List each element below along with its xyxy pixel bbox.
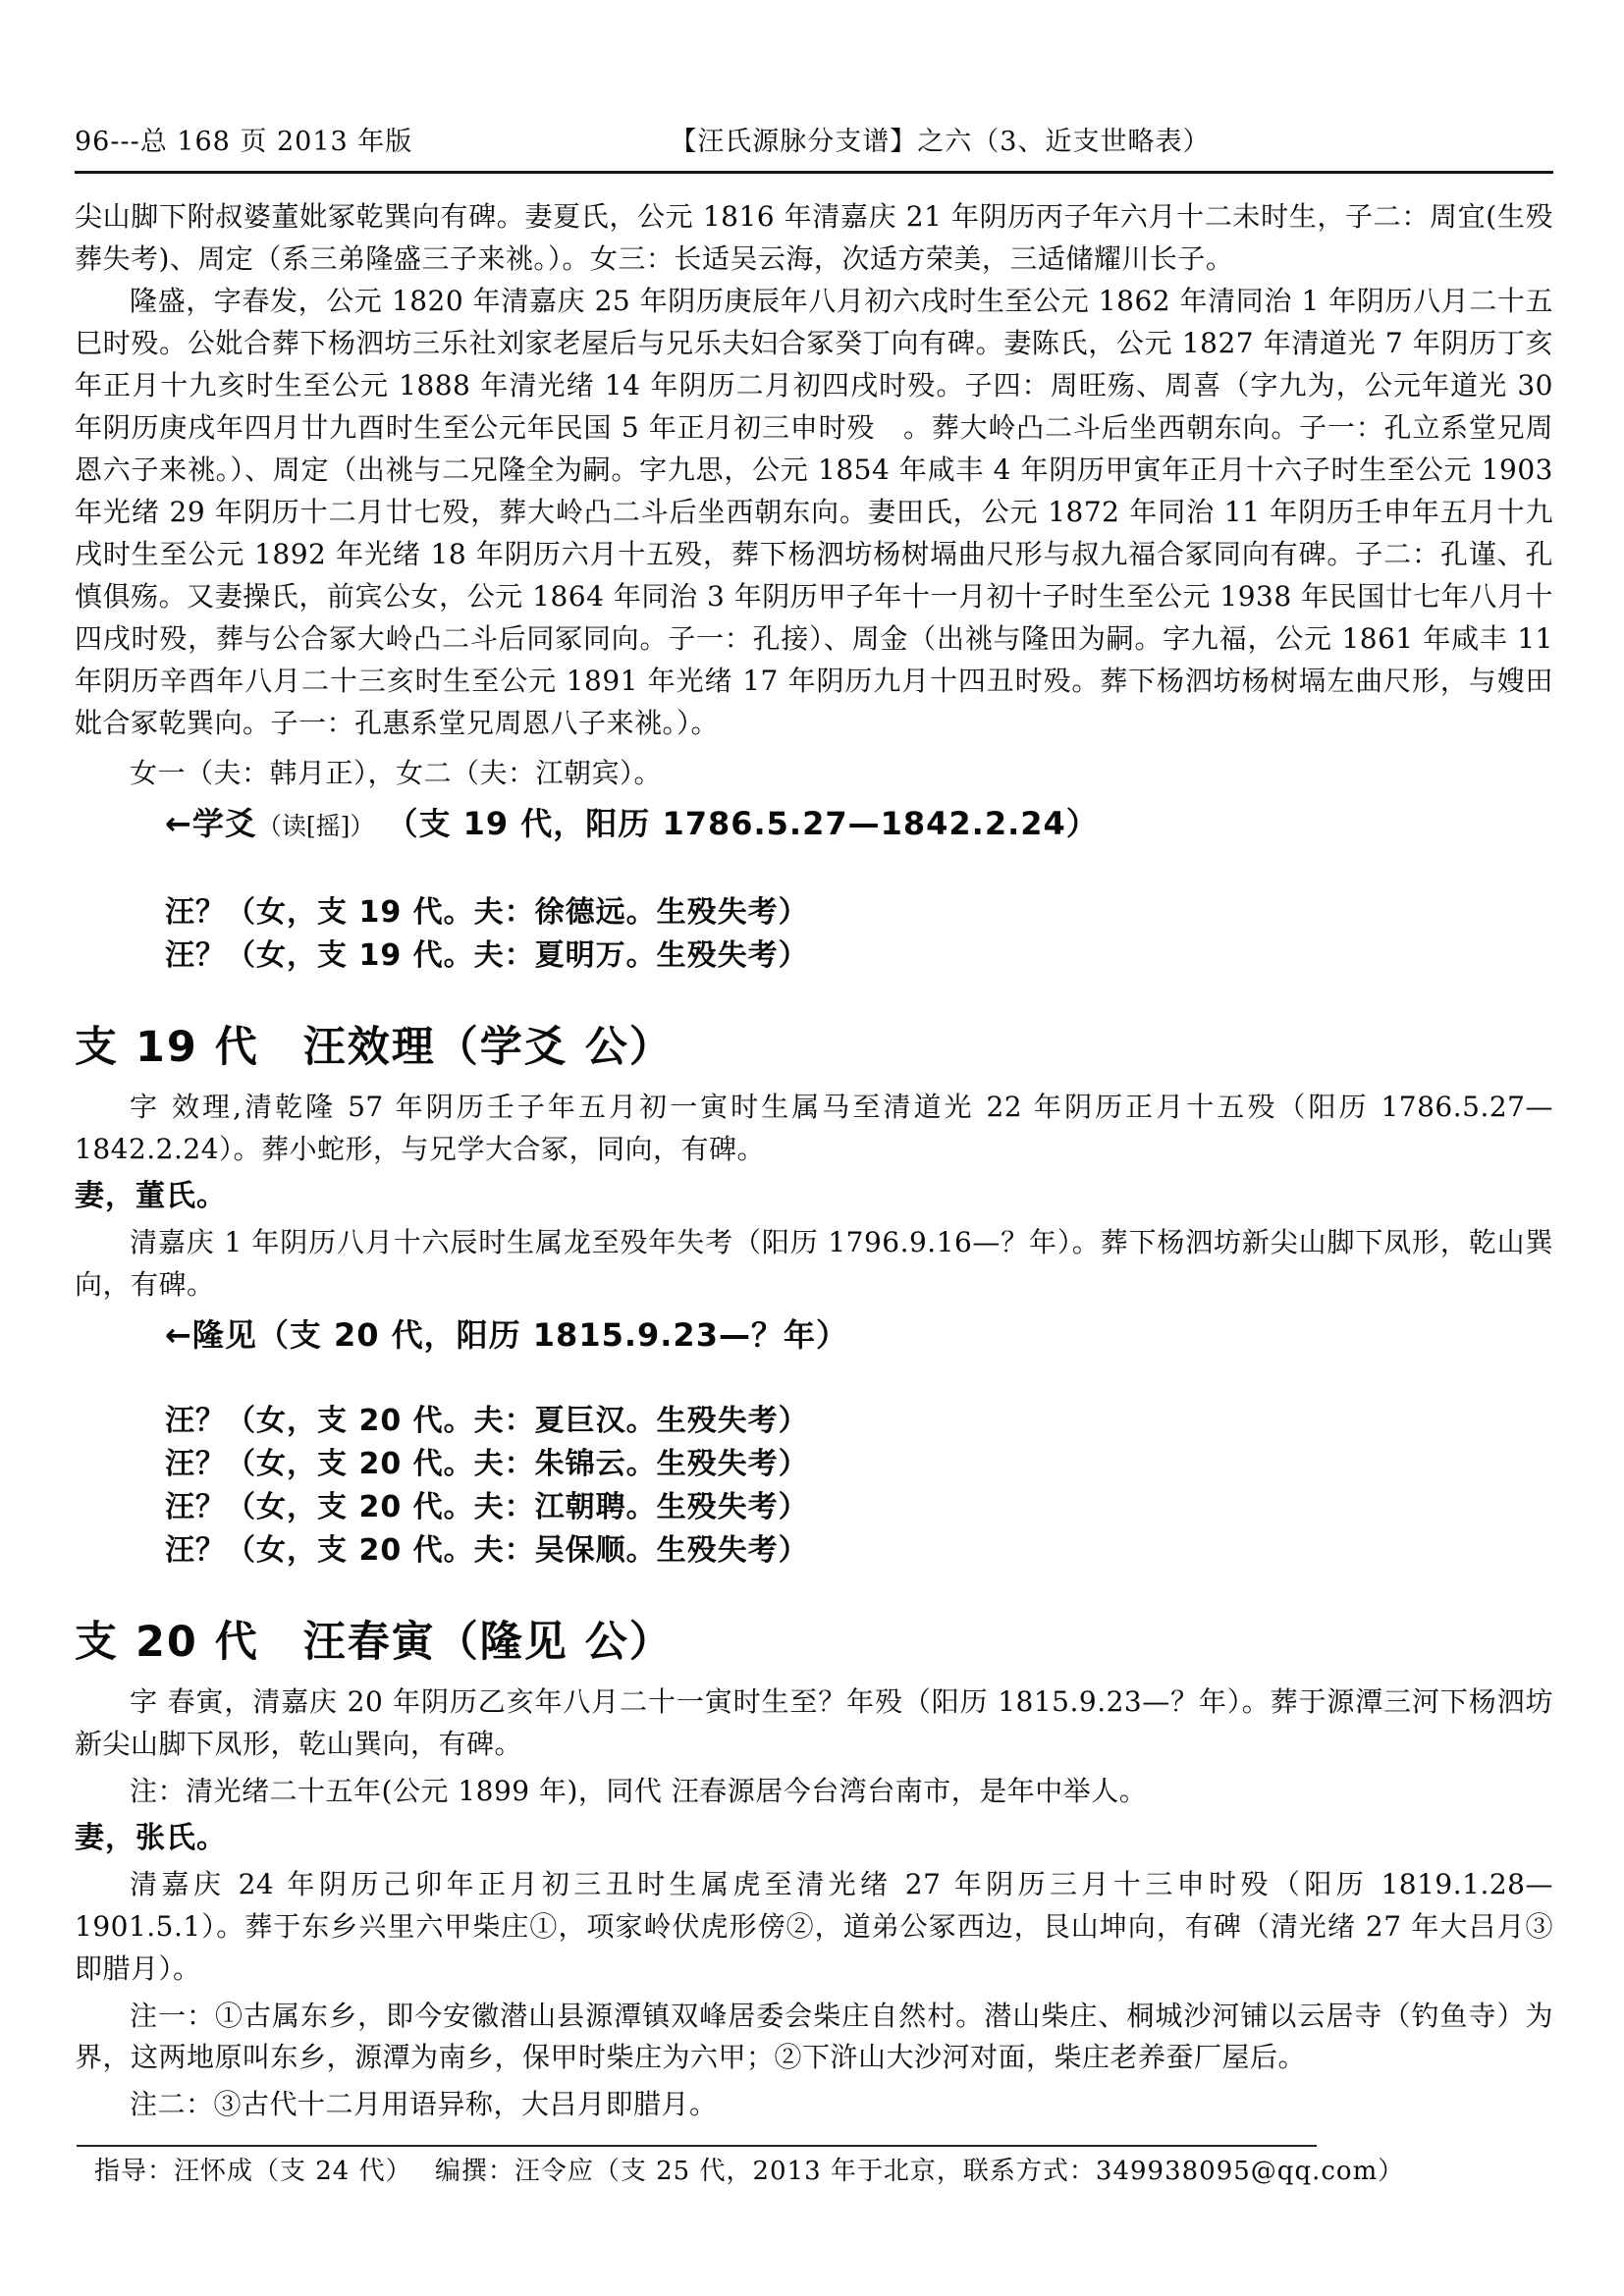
daughter-line-gen20: 汪？（女，支 20 代。夫：朱锦云。生殁失考） (165, 1443, 1553, 1486)
gen20-wife-label: 妻，张氏。 (75, 1817, 1553, 1860)
para-daughters: 女一（夫：韩月正），女二（夫：江朝宾）。 (75, 752, 1553, 794)
para-jianshan-continuation: 尖山脚下附叔婆董妣冢乾巽向有碑。妻夏氏，公元 1816 年清嘉庆 21 年阴历丙… (75, 195, 1553, 280)
daughter-line-gen19: 汪？（女，支 19 代。夫：徐德远。生殁失考） (165, 891, 1553, 934)
document-title: 【汪氏源脉分支谱】之六（3、近支世略表） (670, 128, 1210, 157)
daughter-line-gen20: 汪？（女，支 20 代。夫：吴保顺。生殁失考） (165, 1529, 1553, 1573)
heir-name-xueyao: 学爻 (192, 805, 257, 842)
heir-reading-note: （读[摇]） (257, 812, 375, 840)
daughter-line-gen19: 汪？（女，支 19 代。夫：夏明万。生殁失考） (165, 934, 1553, 978)
page-number: 96---总 168 页 2013 年版 (75, 128, 412, 157)
daughter-line-gen20: 汪？（女，支 20 代。夫：夏巨汉。生殁失考） (165, 1400, 1553, 1443)
page-header: 96---总 168 页 2013 年版 【汪氏源脉分支谱】之六（3、近支世略表… (75, 128, 1553, 157)
heir-info-xueyao: （支 19 代，阳历 1786.5.27—1842.2.24） (386, 805, 1098, 842)
left-arrow-icon: ← (165, 1316, 192, 1354)
gen20-note: 注：清光绪二十五年(公元 1899 年)，同代 汪春源居今台湾台南市，是年中举人… (75, 1771, 1553, 1812)
left-arrow-icon: ← (165, 805, 192, 842)
gen20-footnote-1: 注一：①古属东乡，即今安徽潜山县源潭镇双峰居委会柴庄自然村。潜山柴庄、桐城沙河铺… (75, 1996, 1553, 2078)
daughter-line-gen20: 汪？（女，支 20 代。夫：江朝聘。生殁失考） (165, 1486, 1553, 1529)
gen20-wife-biography: 清嘉庆 24 年阴历己卯年正月初三丑时生属虎至清光绪 27 年阴历三月十三申时殁… (75, 1863, 1553, 1990)
header-rule (75, 171, 1553, 174)
gen19-biography: 字 效理,清乾隆 57 年阴历壬子年五月初一寅时生属马至清道光 22 年阴历正月… (75, 1086, 1553, 1170)
gen20-biography: 字 春寅，清嘉庆 20 年阴历乙亥年八月二十一寅时生至？年殁（阳历 1815.9… (75, 1681, 1553, 1765)
gen19-wife-label: 妻，董氏。 (75, 1175, 1553, 1218)
heir-info-longjian: （支 20 代，阳历 1815.9.23—？年） (257, 1316, 848, 1354)
gen19-wife-biography: 清嘉庆 1 年阴历八月十六辰时生属龙至殁年失考（阳历 1796.9.16—？年）… (75, 1221, 1553, 1306)
gen20-footnote-2: 注二：③古代十二月用语异称，大吕月即腊月。 (75, 2084, 1553, 2125)
heir-line-xueyao: ←学爻（读[摇]） （支 19 代，阳历 1786.5.27—1842.2.24… (165, 800, 1553, 850)
section-heading-gen19: 支 19 代 汪效理（学爻 公） (75, 1021, 1553, 1074)
section-heading-gen20: 支 20 代 汪春寅（隆见 公） (75, 1616, 1553, 1669)
footer-rule (77, 2145, 1317, 2147)
heir-name-longjian: 隆见 (192, 1316, 257, 1354)
para-longsheng: 隆盛，字春发，公元 1820 年清嘉庆 25 年阴历庚辰年八月初六戌时生至公元 … (75, 280, 1553, 744)
heir-line-longjian: ←隆见（支 20 代，阳历 1815.9.23—？年） (165, 1311, 1553, 1359)
genealogy-page: 96---总 168 页 2013 年版 【汪氏源脉分支谱】之六（3、近支世略表… (0, 0, 1624, 2296)
page-footer-credits: 指导：汪怀成（支 24 代） 编撰：汪令应（支 25 代，2013 年于北京，联… (94, 2155, 1553, 2188)
